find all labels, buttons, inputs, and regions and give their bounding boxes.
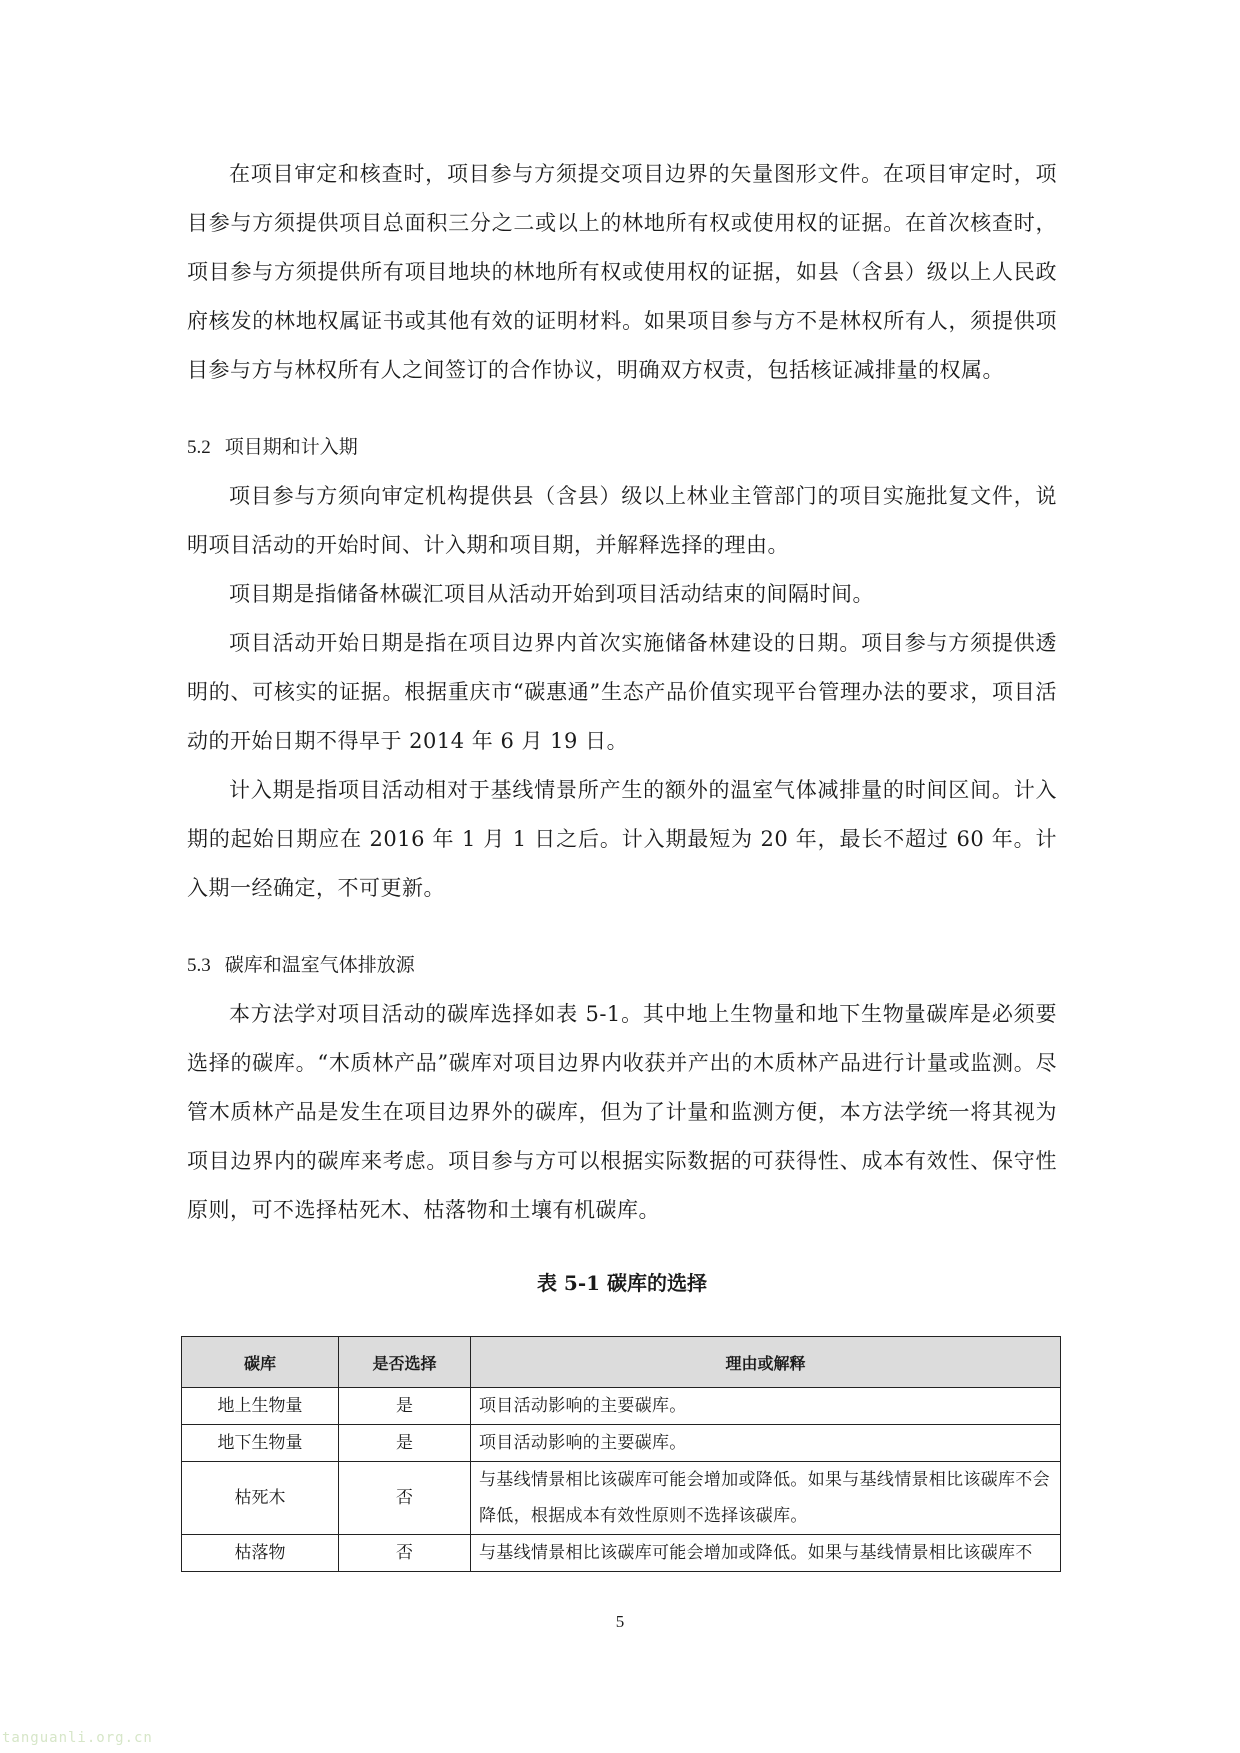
section-title: 项目期和计入期 xyxy=(225,436,358,458)
cell-selected: 否 xyxy=(339,1535,471,1572)
section-number: 5.2 xyxy=(187,437,211,458)
table-row: 枯落物 否 与基线情景相比该碳库可能会增加或降低。如果与基线情景相比该碳库不 xyxy=(182,1535,1061,1572)
paragraph-project-period: 项目期是指储备林碳汇项目从活动开始到项目活动结束的间隔时间。 xyxy=(187,570,1057,619)
cell-selected: 是 xyxy=(339,1425,471,1462)
section-number: 5.3 xyxy=(187,955,211,976)
cell-pool: 枯死木 xyxy=(182,1462,339,1535)
carbon-pool-table: 碳库 是否选择 理由或解释 地上生物量 是 项目活动影响的主要碳库。 地下生物量… xyxy=(181,1336,1061,1572)
paragraph-boundary-evidence: 在项目审定和核查时，项目参与方须提交项目边界的矢量图形文件。在项目审定时，项目参… xyxy=(187,150,1057,395)
paragraph-start-date: 项目活动开始日期是指在项目边界内首次实施储备林建设的日期。项目参与方须提供透明的… xyxy=(187,619,1057,766)
paragraph-approval-documents: 项目参与方须向审定机构提供县（含县）级以上林业主管部门的项目实施批复文件，说明项… xyxy=(187,472,1057,570)
column-header-pool: 碳库 xyxy=(182,1337,339,1388)
cell-pool: 地上生物量 xyxy=(182,1388,339,1425)
table-caption: 表 5-1 碳库的选择 xyxy=(187,1269,1057,1297)
column-header-reason: 理由或解释 xyxy=(471,1337,1061,1388)
section-heading-5-3: 5.3碳库和温室气体排放源 xyxy=(187,941,1057,990)
table-row: 地上生物量 是 项目活动影响的主要碳库。 xyxy=(182,1388,1061,1425)
page-number: 5 xyxy=(0,1612,1240,1632)
cell-selected: 是 xyxy=(339,1388,471,1425)
table-row: 枯死木 否 与基线情景相比该碳库可能会增加或降低。如果与基线情景相比该碳库不会降… xyxy=(182,1462,1061,1535)
section-title: 碳库和温室气体排放源 xyxy=(225,954,415,976)
table-row: 地下生物量 是 项目活动影响的主要碳库。 xyxy=(182,1425,1061,1462)
document-page: 在项目审定和核查时，项目参与方须提交项目边界的矢量图形文件。在项目审定时，项目参… xyxy=(0,0,1240,1753)
cell-reason: 项目活动影响的主要碳库。 xyxy=(471,1388,1061,1425)
page-body: 在项目审定和核查时，项目参与方须提交项目边界的矢量图形文件。在项目审定时，项目参… xyxy=(187,150,1057,1327)
cell-pool: 地下生物量 xyxy=(182,1425,339,1462)
cell-reason: 与基线情景相比该碳库可能会增加或降低。如果与基线情景相比该碳库不会降低，根据成本… xyxy=(471,1462,1061,1535)
paragraph-crediting-period: 计入期是指项目活动相对于基线情景所产生的额外的温室气体减排量的时间区间。计入期的… xyxy=(187,766,1057,913)
watermark: tanguanli.org.cn xyxy=(2,1730,153,1746)
cell-reason: 项目活动影响的主要碳库。 xyxy=(471,1425,1061,1462)
table-header-row: 碳库 是否选择 理由或解释 xyxy=(182,1337,1061,1388)
cell-selected: 否 xyxy=(339,1462,471,1535)
cell-pool: 枯落物 xyxy=(182,1535,339,1572)
column-header-selected: 是否选择 xyxy=(339,1337,471,1388)
cell-reason: 与基线情景相比该碳库可能会增加或降低。如果与基线情景相比该碳库不 xyxy=(471,1535,1061,1572)
paragraph-carbon-pool-selection: 本方法学对项目活动的碳库选择如表 5-1。其中地上生物量和地下生物量碳库是必须要… xyxy=(187,990,1057,1235)
section-heading-5-2: 5.2项目期和计入期 xyxy=(187,423,1057,472)
